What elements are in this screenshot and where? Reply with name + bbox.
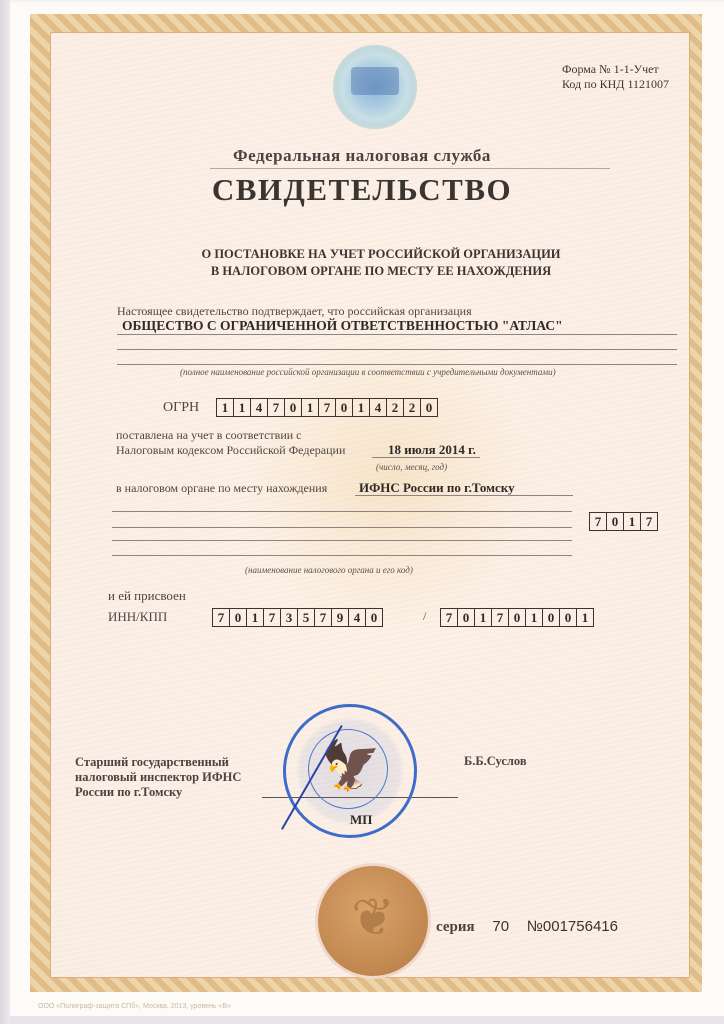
subtitle-line-1: О ПОСТАНОВКЕ НА УЧЕТ РОССИЙСКОЙ ОРГАНИЗА… [0, 246, 724, 263]
series-label: серия [436, 919, 475, 935]
date-hint: (число, месяц, год) [376, 462, 447, 472]
field-line [112, 555, 572, 556]
series-value: 70 [492, 918, 509, 935]
digit-cell: 0 [230, 609, 247, 626]
serial-number: серия 70 №001756416 [436, 918, 618, 936]
registration-date: 18 июля 2014 г. [388, 442, 476, 458]
position-line-2: налоговый инспектор ИФНС [75, 770, 241, 785]
digit-cell: 4 [349, 609, 366, 626]
divider [210, 168, 610, 169]
digit-cell: 0 [458, 609, 475, 626]
digit-cell: 3 [281, 609, 298, 626]
form-number: Форма № 1-1-Учет [562, 62, 669, 77]
authority-hint: (наименование налогового органа и его ко… [245, 565, 413, 575]
digit-cell: 0 [336, 399, 353, 416]
digit-cell: 7 [213, 609, 230, 626]
digit-cell: 7 [315, 609, 332, 626]
field-line [112, 540, 572, 541]
embossed-seal: ❦ [318, 866, 428, 976]
organization-intro: Настоящее свидетельство подтверждает, чт… [117, 304, 472, 319]
digit-cell: 1 [526, 609, 543, 626]
digit-cell: 0 [285, 399, 302, 416]
digit-cell: 1 [234, 399, 251, 416]
digit-cell: 1 [217, 399, 234, 416]
digit-cell: 4 [370, 399, 387, 416]
printer-imprint: ООО «Полиграф-защита СПб», Москва, 2013,… [38, 1003, 231, 1010]
knd-code: Код по КНД 1121007 [562, 77, 669, 92]
digit-cell: 2 [387, 399, 404, 416]
agency-name: Федеральная налоговая служба [0, 146, 724, 166]
ogrn-label: ОГРН [163, 400, 199, 416]
tax-authority-code: 7017 [589, 512, 658, 531]
inn-kpp-label: ИНН/КПП [108, 609, 167, 625]
digit-cell: 0 [543, 609, 560, 626]
eagle-emblem-icon: 🦅 [316, 737, 386, 797]
authority-intro: в налоговом органе по месту нахождения [116, 481, 327, 496]
digit-cell: 0 [607, 513, 624, 530]
digit-cell: 7 [268, 399, 285, 416]
field-line [112, 511, 572, 512]
digit-cell: 7 [441, 609, 458, 626]
organization-name-hint: (полное наименование российской организа… [180, 367, 556, 377]
digit-cell: 1 [302, 399, 319, 416]
form-info: Форма № 1-1-Учет Код по КНД 1121007 [562, 62, 669, 92]
scan-edge-shadow [10, 1016, 724, 1024]
subtitle-line-2: В НАЛОГОВОМ ОРГАНЕ ПО МЕСТУ ЕЕ НАХОЖДЕНИ… [0, 263, 724, 280]
digit-cell: 1 [624, 513, 641, 530]
document-subtitle: О ПОСТАНОВКЕ НА УЧЕТ РОССИЙСКОЙ ОРГАНИЗА… [0, 246, 724, 280]
document-title: СВИДЕТЕЛЬСТВО [0, 172, 724, 208]
organization-name: ОБЩЕСТВО С ОГРАНИЧЕННОЙ ОТВЕТСТВЕННОСТЬЮ… [122, 318, 563, 334]
digit-cell: 9 [332, 609, 349, 626]
field-line [355, 495, 573, 496]
digit-cell: 7 [641, 513, 657, 530]
inn-kpp-separator: / [423, 609, 426, 624]
position-line-1: Старший государственный [75, 755, 241, 770]
digit-cell: 2 [404, 399, 421, 416]
position-line-3: России по г.Томску [75, 785, 241, 800]
inn-value: 7017357940 [212, 608, 383, 627]
signatory-name: Б.Б.Суслов [464, 754, 527, 769]
certificate-number: №001756416 [527, 918, 618, 935]
digit-cell: 7 [590, 513, 607, 530]
field-line [112, 527, 572, 528]
field-line [117, 334, 677, 335]
eagle-emblem-icon: ❦ [318, 888, 428, 948]
registration-line-2: Налоговым кодексом Российской Федерации [116, 443, 345, 458]
digit-cell: 1 [577, 609, 593, 626]
digit-cell: 1 [247, 609, 264, 626]
digit-cell: 1 [475, 609, 492, 626]
digit-cell: 0 [421, 399, 437, 416]
hologram-icon [333, 45, 417, 129]
field-line [117, 349, 677, 350]
digit-cell: 0 [509, 609, 526, 626]
kpp-value: 701701001 [440, 608, 594, 627]
field-line [117, 364, 677, 365]
registration-line-1: поставлена на учет в соответствии с [116, 428, 301, 443]
digit-cell: 0 [366, 609, 382, 626]
assigned-intro: и ей присвоен [108, 588, 186, 604]
tax-authority-name: ИФНС России по г.Томску [359, 480, 515, 496]
digit-cell: 7 [492, 609, 509, 626]
digit-cell: 0 [560, 609, 577, 626]
digit-cell: 7 [319, 399, 336, 416]
digit-cell: 7 [264, 609, 281, 626]
digit-cell: 5 [298, 609, 315, 626]
digit-cell: 4 [251, 399, 268, 416]
ogrn-value: 1147017014220 [216, 398, 438, 417]
signatory-position: Старший государственный налоговый инспек… [75, 755, 241, 800]
field-line [372, 457, 480, 458]
digit-cell: 1 [353, 399, 370, 416]
stamp-place-label: МП [350, 812, 372, 828]
